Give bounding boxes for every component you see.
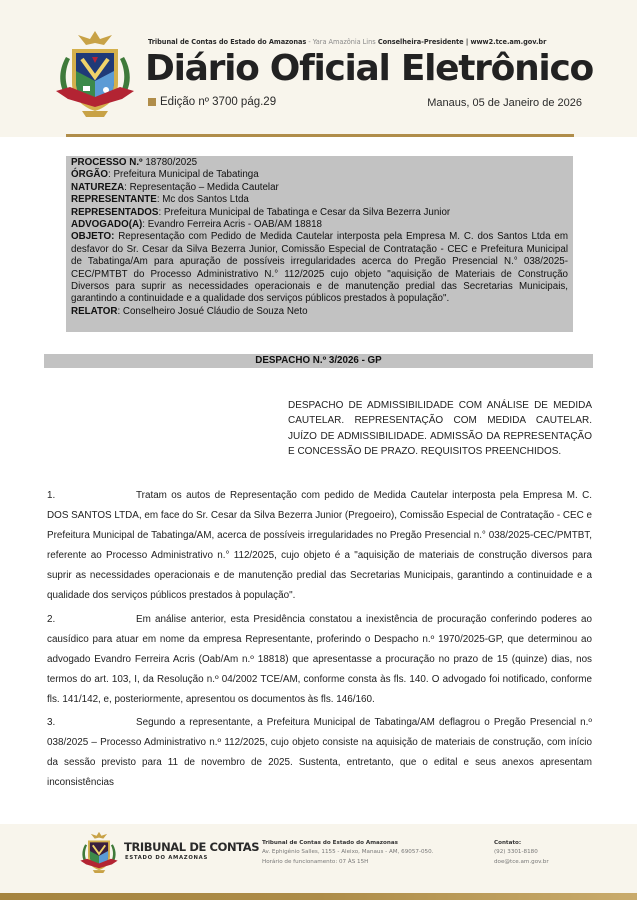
paragraph-2: 2.Em análise anterior, esta Presidência … bbox=[47, 610, 592, 710]
page-footer: TRIBUNAL DE CONTAS ESTADO DO AMAZONAS Tr… bbox=[0, 824, 637, 900]
website-link[interactable]: www2.tce.am.gov.br bbox=[470, 38, 546, 46]
edition-info: Edição nº 3700 pág.29 bbox=[148, 96, 276, 108]
nature-row: NATUREZA: Representação – Medida Cautela… bbox=[71, 182, 568, 194]
paragraph-number: 1. bbox=[47, 486, 136, 506]
object-row: OBJETO: Representação com Pedido de Medi… bbox=[71, 231, 568, 305]
square-bullet-icon bbox=[148, 98, 156, 106]
institution-line: Tribunal de Contas do Estado do Amazonas… bbox=[148, 38, 588, 46]
representative-row: REPRESENTANTE: Mc dos Santos Ltda bbox=[71, 194, 568, 206]
despacho-title: DESPACHO N.º 3/2026 - GP bbox=[44, 354, 593, 368]
address-line: Av. Ephigênio Salles, 1155 - Aleixo, Man… bbox=[262, 848, 433, 857]
footer-brand-title: TRIBUNAL DE CONTAS bbox=[124, 840, 259, 854]
process-number-row: PROCESSO N.º 18780/2025 bbox=[71, 157, 568, 169]
contact-title: Contato: bbox=[494, 839, 549, 848]
footer-contact: Contato: (92) 3301-8180 doe@tce.am.gov.b… bbox=[494, 839, 549, 867]
footer-brand-subtitle: ESTADO DO AMAZONAS bbox=[125, 855, 208, 861]
address-title: Tribunal de Contas do Estado do Amazonas bbox=[262, 839, 433, 848]
process-summary-box: PROCESSO N.º 18780/2025 ÓRGÃO: Prefeitur… bbox=[66, 156, 573, 332]
despacho-summary: DESPACHO DE ADMISSIBILIDADE COM ANÁLISE … bbox=[288, 398, 592, 460]
organ-row: ÓRGÃO: Prefeitura Municipal de Tabatinga bbox=[71, 169, 568, 181]
president-title: Conselheira-Presidente bbox=[378, 38, 464, 46]
coat-of-arms-icon bbox=[78, 830, 120, 874]
page-header: Tribunal de Contas do Estado do Amazonas… bbox=[0, 0, 637, 137]
paragraph-1: 1.Tratam os autos de Representação com p… bbox=[47, 486, 592, 607]
paragraph-text: Tratam os autos de Representação com ped… bbox=[47, 490, 592, 601]
rapporteur-row: RELATOR: Conselheiro Josué Cláudio de So… bbox=[71, 306, 568, 318]
contact-email[interactable]: doe@tce.am.gov.br bbox=[494, 858, 549, 867]
paragraph-number: 3. bbox=[47, 713, 136, 733]
paragraph-number: 2. bbox=[47, 610, 136, 630]
president-name: Yara Amazônia Lins bbox=[313, 38, 376, 46]
lawyer-row: ADVOGADO(A): Evandro Ferreira Acris - OA… bbox=[71, 219, 568, 231]
paragraph-3: 3.Segundo a representante, a Prefeitura … bbox=[47, 713, 592, 793]
opening-hours: Horário de funcionamento: 07 ÀS 15H bbox=[262, 858, 433, 867]
publication-date: Manaus, 05 de Janeiro de 2026 bbox=[427, 97, 582, 109]
header-divider bbox=[66, 134, 574, 137]
masthead-title: Diário Oficial Eletrônico bbox=[145, 49, 593, 89]
contact-phone[interactable]: (92) 3301-8180 bbox=[494, 848, 549, 857]
footer-gold-band bbox=[0, 893, 637, 900]
institution-name: Tribunal de Contas do Estado do Amazonas bbox=[148, 38, 306, 46]
edition-number: Edição nº 3700 pág.29 bbox=[160, 96, 276, 108]
coat-of-arms-icon bbox=[52, 27, 138, 119]
represented-row: REPRESENTADOS: Prefeitura Municipal de T… bbox=[71, 207, 568, 219]
footer-address: Tribunal de Contas do Estado do Amazonas… bbox=[262, 839, 433, 867]
